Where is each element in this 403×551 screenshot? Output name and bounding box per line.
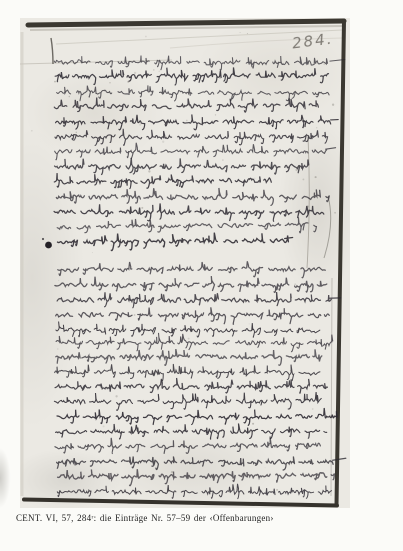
script-lines: [54, 56, 346, 499]
speck: [69, 96, 71, 98]
speck: [31, 130, 33, 132]
speck: [306, 354, 307, 355]
crease-lines: [20, 30, 342, 496]
script-line: [55, 276, 327, 292]
speck: [307, 205, 309, 207]
script-line: [54, 392, 321, 410]
script-line: [55, 437, 321, 454]
photo-smudge: [0, 445, 18, 511]
script-line: [56, 333, 333, 352]
speck: [141, 207, 143, 209]
speck: [254, 178, 255, 179]
script-line: [57, 457, 346, 471]
speck: [247, 33, 248, 34]
book-page: 284. CENT. VI, 57, 284ʳ: die Einträge Nr…: [0, 0, 403, 551]
speck: [323, 63, 325, 65]
speck: [312, 408, 314, 410]
script-line: [56, 307, 330, 324]
script-line: [55, 143, 336, 160]
speck: [240, 32, 241, 33]
speck: [162, 141, 164, 143]
speck: [294, 283, 296, 285]
speck: [127, 81, 129, 83]
speck: [140, 137, 141, 138]
plate-caption: CENT. VI, 57, 284ʳ: die Einträge Nr. 57–…: [16, 513, 376, 523]
speck: [277, 63, 278, 64]
speck: [290, 370, 291, 371]
speck: [171, 471, 173, 473]
speck: [265, 467, 266, 468]
speck: [139, 123, 141, 125]
speck: [295, 169, 297, 171]
speck: [57, 348, 58, 349]
speck: [252, 423, 254, 425]
speck: [92, 252, 93, 253]
speck: [117, 473, 118, 474]
script-line: [54, 203, 324, 221]
speck: [128, 447, 129, 448]
speck: [216, 430, 217, 431]
script-line: [56, 424, 327, 440]
speck: [111, 244, 113, 246]
manuscript-plate: 284.: [20, 18, 350, 508]
speck: [134, 314, 136, 316]
speck: [316, 127, 317, 128]
speck: [103, 425, 105, 427]
script-line: [57, 484, 331, 499]
manuscript-script-svg: [20, 18, 350, 508]
script-line: [57, 217, 316, 233]
speck: [215, 114, 216, 115]
speck: [134, 72, 136, 74]
speck: [127, 241, 128, 242]
script-line: [57, 408, 337, 425]
speck: [219, 77, 221, 79]
speck: [145, 36, 147, 38]
script-line: [55, 129, 328, 146]
speck: [315, 176, 317, 178]
script-line: [54, 56, 345, 71]
script-line: [55, 378, 327, 393]
speck: [95, 412, 96, 413]
speck: [115, 395, 117, 397]
speck: [222, 159, 224, 161]
speck: [54, 81, 56, 83]
speck: [302, 178, 304, 180]
script-line: [54, 173, 271, 189]
script-line: [55, 364, 320, 381]
script-line: [55, 158, 309, 175]
speck: [186, 120, 188, 122]
speck: [188, 338, 190, 340]
script-line: [56, 349, 322, 365]
speck: [153, 69, 155, 71]
speck: [249, 323, 250, 324]
speck: [148, 170, 150, 172]
parchment-specks: [31, 32, 336, 491]
ink-blot: [42, 238, 52, 249]
pen-mark: [51, 38, 53, 64]
speck: [334, 212, 336, 214]
script-line: [57, 85, 329, 101]
script-line: [56, 322, 320, 338]
speck: [76, 132, 77, 133]
speck: [136, 116, 138, 118]
script-line: [58, 261, 326, 277]
script-line: [58, 233, 293, 251]
script-line: [58, 469, 335, 485]
speck: [158, 70, 160, 72]
script-line: [55, 67, 328, 85]
speck: [276, 489, 278, 491]
speck: [109, 82, 110, 83]
script-line: [57, 292, 341, 308]
script-line: [54, 98, 318, 113]
speck: [58, 280, 59, 281]
script-line: [56, 115, 339, 130]
script-line: [56, 188, 329, 205]
speck: [332, 104, 334, 106]
